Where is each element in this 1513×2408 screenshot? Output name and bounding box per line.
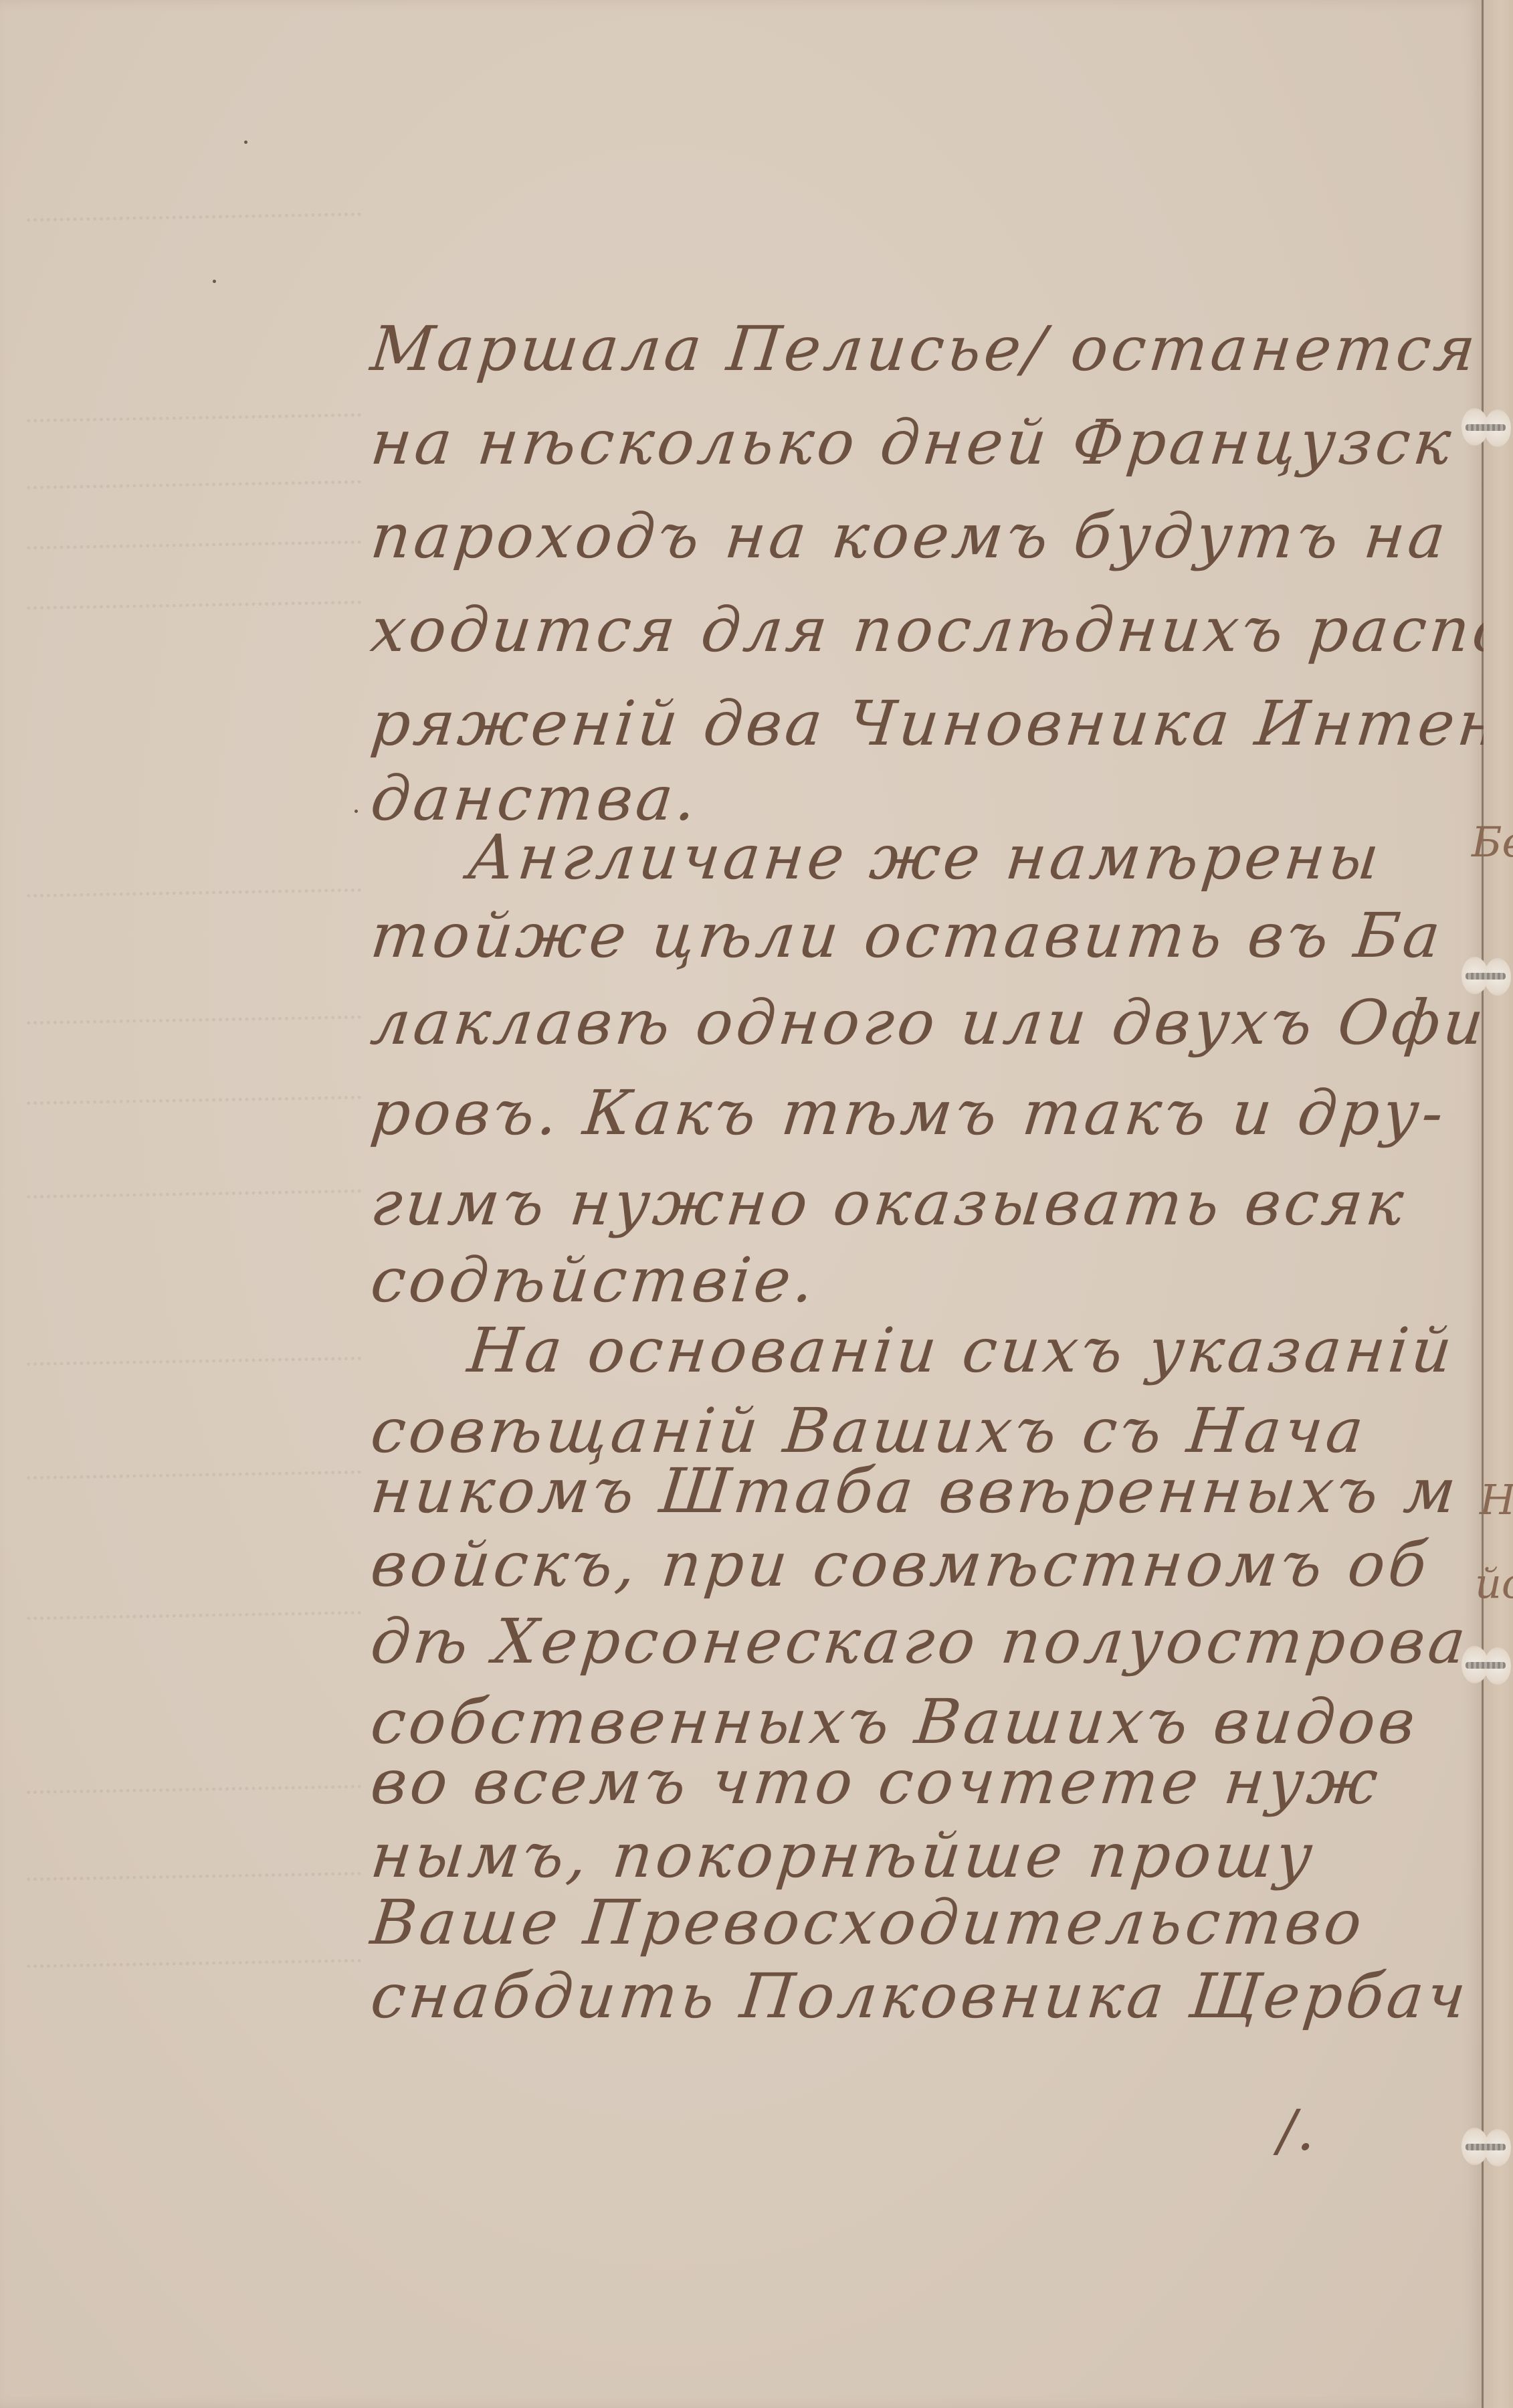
paragraph-start-line: Англичане же намѣрены <box>464 822 1385 893</box>
folio-mark: /. <box>1278 2098 1314 2163</box>
margin-note: йс <box>1475 1559 1513 1608</box>
text-line: войскъ, при совмѣстномъ об <box>367 1529 1433 1600</box>
bleed-through-line <box>27 1857 361 1881</box>
text-line: гимъ нужно оказывать всяк <box>367 1168 1410 1239</box>
text-line: содѣйствіе. <box>367 1244 820 1316</box>
paragraph-start-line: На основаніи сихъ указаній <box>464 1315 1458 1386</box>
text-line: ровъ. Какъ тѣмъ такъ и дру- <box>367 1077 1449 1149</box>
text-line: тойже цѣли оставить въ Ба <box>367 900 1447 971</box>
text-line: Ваше Превосходительство <box>367 1887 1368 1958</box>
text-line: пароходъ на коемъ будутъ на <box>367 500 1452 572</box>
ink-speck <box>244 141 247 144</box>
text-line: во всемъ что сочтете нуж <box>367 1746 1384 1818</box>
margin-note: Н. <box>1480 1475 1513 1524</box>
text-line: никомъ Штаба ввѣренныхъ м <box>367 1455 1462 1527</box>
bleed-through-line <box>27 526 361 550</box>
text-line: Маршала Пелисье/ останется еще <box>367 313 1513 385</box>
bleed-through-line <box>27 1175 361 1199</box>
adjacent-leaf-edge <box>1484 0 1513 2408</box>
bleed-through-line <box>27 1001 361 1025</box>
text-line: снабдить Полковника Щербач <box>367 1960 1472 2032</box>
text-line: ряженій два Чиновника Интен <box>367 688 1505 759</box>
binding-thread-hole <box>1461 2128 1508 2168</box>
text-line: лаклавѣ одного или двухъ Офи <box>367 987 1490 1058</box>
bleed-through-line <box>27 1770 361 1794</box>
text-line: дѣ Херсонескаго полуострова <box>367 1606 1472 1677</box>
text-line: на нѣсколько дней Французск <box>367 407 1457 478</box>
margin-note: Бе <box>1472 818 1513 866</box>
bleed-through-line <box>27 1596 361 1620</box>
manuscript-page: Маршала Пелисье/ останется еще на нѣскол… <box>0 0 1484 2408</box>
ink-speck <box>213 280 216 283</box>
bleed-through-line <box>27 1342 361 1366</box>
bleed-through-line <box>27 1456 361 1480</box>
bleed-through-line <box>27 1081 361 1105</box>
bleed-through-line <box>27 466 361 490</box>
binding-thread-hole <box>1461 957 1508 997</box>
binding-thread-hole <box>1461 1646 1508 1686</box>
bleed-through-line <box>27 586 361 610</box>
binding-thread-hole <box>1461 408 1508 448</box>
text-line: ходится для послѣднихъ распо <box>367 594 1513 666</box>
text-line: нымъ, покорнѣйше прошу <box>367 1820 1319 1891</box>
bleed-through-line <box>27 874 361 898</box>
bleed-through-line <box>27 198 361 222</box>
bleed-through-line <box>27 399 361 423</box>
ink-speck <box>355 810 358 813</box>
bleed-through-line <box>27 1944 361 1968</box>
